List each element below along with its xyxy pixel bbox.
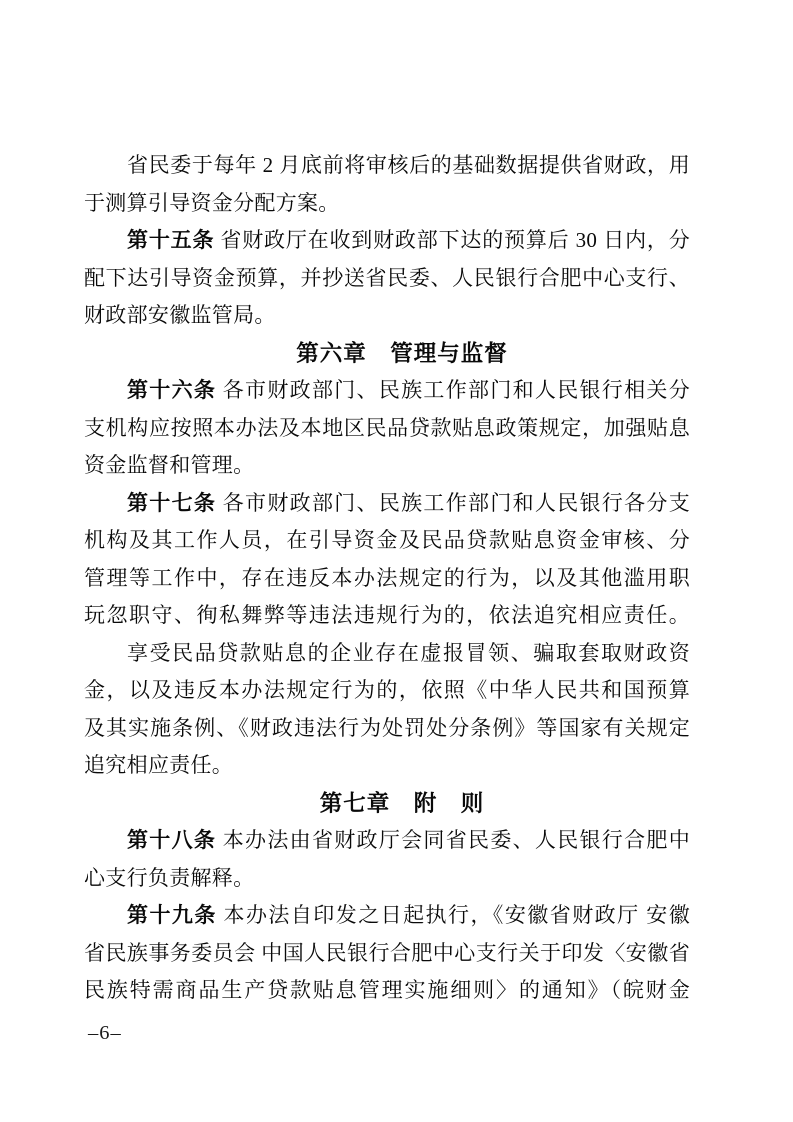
document-page: 省民委于每年 2 月底前将审核后的基础数据提供省财政，用于测算引导资金分配方案。…	[0, 0, 793, 1122]
text-line: 第十八条 本办法由省财政厅会同省民委、人民银行合肥中	[84, 822, 690, 860]
text-line: 资金监督和管理。	[84, 447, 690, 485]
text-line: 追究相应责任。	[84, 747, 690, 785]
text-line: 玩忽职守、徇私舞弊等违法违规行为的，依法追究相应责任。	[84, 597, 690, 635]
text-line: 第十七条 各市财政部门、民族工作部门和人民银行各分支	[84, 485, 690, 523]
text-line: 于测算引导资金分配方案。	[84, 185, 690, 223]
text-line: 省民族事务委员会 中国人民银行合肥中心支行关于印发〈安徽省	[84, 935, 690, 973]
text-line: 省民委于每年 2 月底前将审核后的基础数据提供省财政，用	[84, 147, 690, 185]
text-line: 配下达引导资金预算，并抄送省民委、人民银行合肥中心支行、	[84, 260, 690, 298]
text-line: 第十九条 本办法自印发之日起执行，《安徽省财政厅 安徽	[84, 897, 690, 935]
text-block: 省民委于每年 2 月底前将审核后的基础数据提供省财政，用于测算引导资金分配方案。…	[84, 147, 690, 1010]
text-line: 金，以及违反本办法规定行为的，依照《中华人民共和国预算法》	[84, 672, 690, 710]
text-line: 机构及其工作人员，在引导资金及民品贷款贴息资金审核、分配、	[84, 522, 690, 560]
text-line: 支机构应按照本办法及本地区民品贷款贴息政策规定，加强贴息	[84, 410, 690, 448]
article-number: 第十七条	[127, 491, 216, 515]
chapter-heading: 第六章 管理与监督	[84, 335, 690, 373]
text-line: 管理等工作中，存在违反本办法规定的行为，以及其他滥用职权、	[84, 560, 690, 598]
article-number: 第十六条	[127, 378, 216, 402]
text-line: 财政部安徽监管局。	[84, 297, 690, 335]
text-line: 享受民品贷款贴息的企业存在虚报冒领、骗取套取财政资	[84, 635, 690, 673]
text-line: 第十五条 省财政厅在收到财政部下达的预算后 30 日内，分	[84, 222, 690, 260]
page-number: –6–	[88, 1020, 122, 1046]
article-number: 第十八条	[127, 828, 216, 852]
chapter-heading: 第七章 附 则	[84, 785, 690, 823]
article-number: 第十九条	[127, 903, 217, 927]
text-line: 心支行负责解释。	[84, 860, 690, 898]
text-line: 第十六条 各市财政部门、民族工作部门和人民银行相关分	[84, 372, 690, 410]
article-number: 第十五条	[127, 228, 214, 252]
text-line: 民族特需商品生产贷款贴息管理实施细则〉的通知》（皖财金	[84, 972, 690, 1010]
text-line: 及其实施条例、《财政违法行为处罚处分条例》等国家有关规定	[84, 710, 690, 748]
